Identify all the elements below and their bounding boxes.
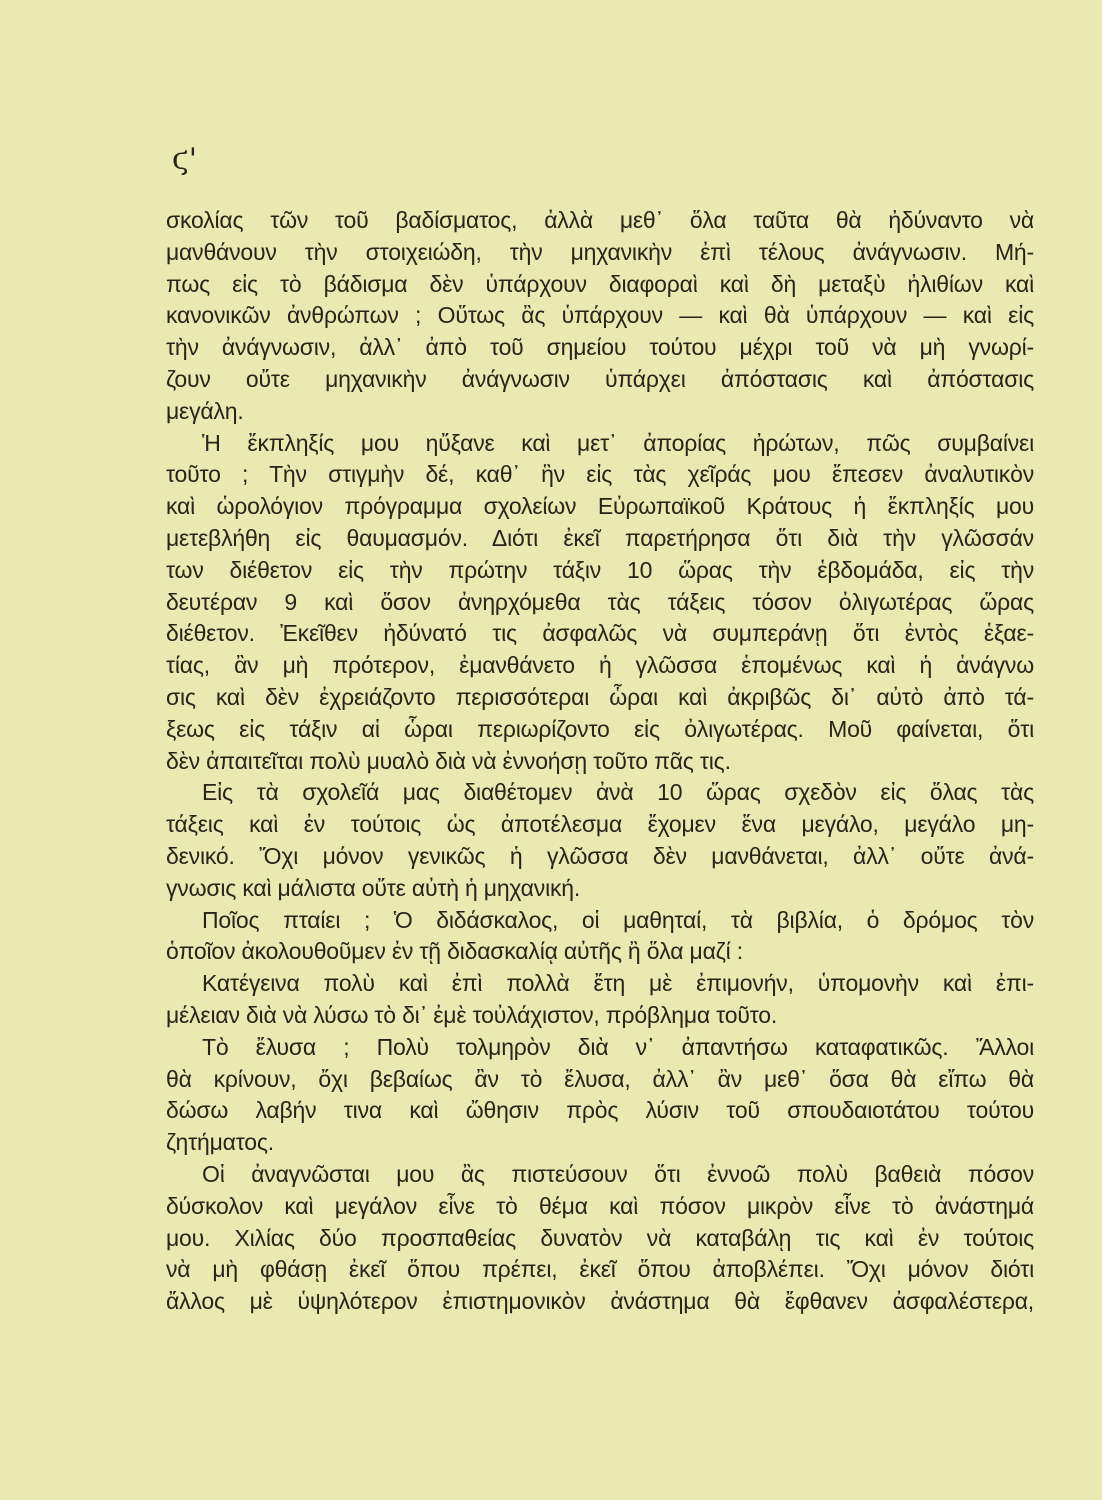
text-line: τίας, ἂν μὴ πρότερον, ἐμανθάνετο ἡ γλῶσσ… [166, 650, 1034, 682]
text-line: μου. Χιλίας δύο προσπαθείας δυνατὸν νὰ κ… [166, 1223, 1034, 1255]
text-line: ἄλλος μὲ ὑψηλότερον ἐπιστημονικὸν ἀνάστη… [166, 1286, 1034, 1318]
text-line: τὴν ἀνάγνωσιν, ἀλλ᾽ ἀπὸ τοῦ σημείου τούτ… [166, 332, 1034, 364]
text-line: νὰ μὴ φθάσῃ ἐκεῖ ὅπου πρέπει, ἐκεῖ ὅπου … [166, 1254, 1034, 1286]
text-line: Ἡ ἔκπληξίς μου ηὔξανε καὶ μετ᾽ ἀπορίας ἠ… [166, 428, 1034, 460]
text-line: κανονικῶν ἀνθρώπων ; Οὕτως ἂς ὑπάρχουν —… [166, 300, 1034, 332]
text-line: σκολίας τῶν τοῦ βαδίσματος, ἀλλὰ μεθ᾽ ὅλ… [166, 205, 1034, 237]
text-line: δώσω λαβήν τινα καὶ ὤθησιν πρὸς λύσιν το… [166, 1095, 1034, 1127]
text-line: Ποῖος πταίει ; Ὁ διδάσκαλος, οἱ μαθηταί,… [166, 905, 1034, 937]
text-line: Εἰς τὰ σχολεῖά μας διαθέτομεν ἀνὰ 10 ὥρα… [166, 777, 1034, 809]
text-line: μετεβλήθη εἰς θαυμασμόν. Διότι ἐκεῖ παρε… [166, 523, 1034, 555]
text-line: γνωσις καὶ μάλιστα οὔτε αὐτὴ ἡ μηχανική. [166, 873, 1034, 905]
text-line: σις καὶ δὲν ἐχρειάζοντο περισσότεραι ὧρα… [166, 682, 1034, 714]
text-line: καὶ ὡρολόγιον πρόγραμμα σχολείων Εὐρωπαϊ… [166, 491, 1034, 523]
text-line: ζουν οὔτε μηχανικὴν ἀνάγνωσιν ὑπάρχει ἀπ… [166, 364, 1034, 396]
text-line: τάξεις καὶ ἐν τούτοις ὡς ἀποτέλεσμα ἔχομ… [166, 809, 1034, 841]
text-line: δενικό. Ὄχι μόνον γενικῶς ἡ γλῶσσα δὲν μ… [166, 841, 1034, 873]
text-line: θὰ κρίνουν, ὄχι βεβαίως ἂν τὸ ἔλυσα, ἀλλ… [166, 1064, 1034, 1096]
text-line: Οἱ ἀναγνῶσται μου ἂς πιστεύσουν ὅτι ἐννο… [166, 1159, 1034, 1191]
text-line: Τὸ ἔλυσα ; Πολὺ τολμηρὸν διὰ ν᾽ ἀπαντήσω… [166, 1032, 1034, 1064]
text-line: ὁποῖον ἀκολουθοῦμεν ἐν τῇ διδασκαλίᾳ αὐτ… [166, 936, 1034, 968]
text-line: δύσκολον καὶ μεγάλον εἶνε τὸ θέμα καὶ πό… [166, 1191, 1034, 1223]
text-line: των διέθετον εἰς τὴν πρώτην τάξιν 10 ὥρα… [166, 555, 1034, 587]
body-text: σκολίας τῶν τοῦ βαδίσματος, ἀλλὰ μεθ᾽ ὅλ… [166, 205, 1034, 1318]
text-line: διέθετον. Ἐκεῖθεν ἠδύνατό τις ἀσφαλῶς νὰ… [166, 618, 1034, 650]
text-line: δὲν ἀπαιτεῖται πολὺ μυαλὸ διὰ νὰ ἐννοήσῃ… [166, 746, 1034, 778]
text-line: τοῦτο ; Τὴν στιγμὴν δέ, καθ᾽ ἣν εἰς τὰς … [166, 459, 1034, 491]
text-line: μεγάλη. [166, 396, 1034, 428]
text-line: πως εἰς τὸ βάδισμα δὲν ὑπάρχουν διαφοραὶ… [166, 269, 1034, 301]
text-line: ξεως εἰς τάξιν αἱ ὧραι περιωρίζοντο εἰς … [166, 714, 1034, 746]
text-line: δευτέραν 9 καὶ ὅσον ἀνηρχόμεθα τὰς τάξει… [166, 587, 1034, 619]
text-line: μανθάνουν τὴν στοιχειώδη, τὴν μηχανικὴν … [166, 237, 1034, 269]
text-line: ζητήματος. [166, 1127, 1034, 1159]
text-line: Κατέγεινα πολὺ καὶ ἐπὶ πολλὰ ἔτη μὲ ἐπιμ… [166, 968, 1034, 1000]
page-number: ϛ' [172, 142, 197, 177]
text-line: μέλειαν διὰ νὰ λύσω τὸ δι᾽ ἐμὲ τοὐλάχιστ… [166, 1000, 1034, 1032]
